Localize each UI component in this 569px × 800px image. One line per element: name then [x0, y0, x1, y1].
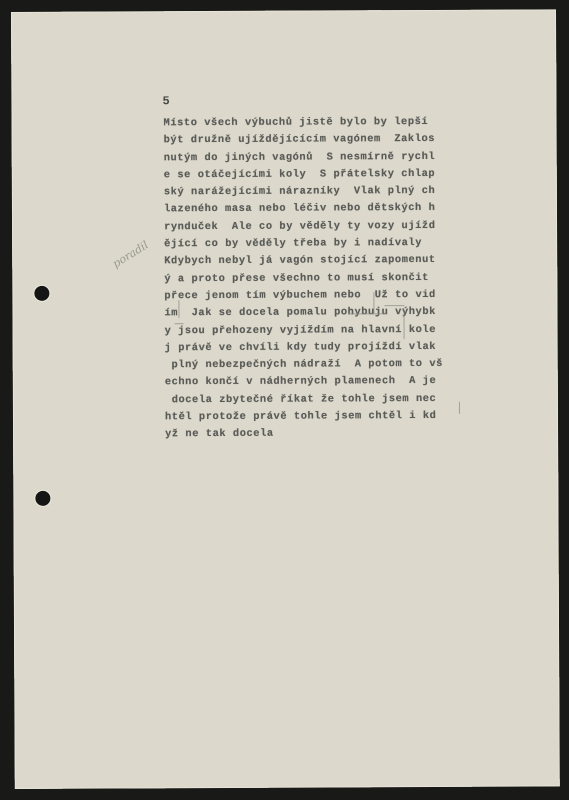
typewritten-page: 5 poradil Místo všech výbuchů jistě bylo…	[11, 9, 560, 789]
pencil-mark	[384, 305, 404, 306]
typed-text-body: Místo všech výbuchů jistě bylo by lepší …	[164, 114, 466, 444]
pencil-mark	[175, 323, 184, 324]
text-line: plný nebezpečných nádraží A potom to vš	[165, 356, 465, 375]
text-line: echno končí v nádherných plamenech A je	[165, 373, 465, 392]
text-line: nutým do jiných vagónů S nesmírně rychl	[164, 148, 464, 167]
pencil-mark	[459, 402, 460, 414]
pencil-mark	[373, 292, 374, 313]
handwritten-margin-note: poradil	[110, 238, 150, 270]
text-line: j právě ve chvíli kdy tudy projíždí vlak	[165, 339, 465, 358]
pencil-mark	[348, 313, 386, 314]
pencil-mark	[178, 300, 179, 318]
text-line: docela zbytečné říkat že tohle jsem nec	[165, 391, 465, 410]
punch-hole-top	[34, 286, 49, 301]
text-line: ějící co by věděly třeba by i nadívaly	[164, 235, 464, 254]
text-line: přece jenom tím výbuchem nebo Už to vid	[164, 287, 464, 306]
text-line: htěl protože právě tohle jsem chtěl i kd	[165, 408, 465, 427]
text-line: rynduček Ale co by věděly ty vozy ujížd	[164, 218, 464, 237]
text-line: y jsou přehozeny vyjíždím na hlavní kole	[165, 321, 465, 340]
text-line: Místo všech výbuchů jistě bylo by lepší	[164, 114, 464, 133]
text-line: Kdybych nebyl já vagón stojící zapomenut	[164, 252, 464, 271]
text-line: ý a proto přese všechno to musí skončit	[164, 269, 464, 288]
page-number: 5	[162, 94, 169, 108]
text-line: yž ne tak docela	[165, 425, 465, 444]
pencil-mark	[403, 313, 404, 339]
text-line: ský narážejícími nárazníky Vlak plný ch	[164, 183, 464, 202]
text-line: ím Jak se docela pomalu pohybuju výhybk	[164, 304, 464, 323]
text-line: e se otáčejícími koly S přátelsky chlap	[164, 166, 464, 185]
text-line: být družně ujíždějícícím vagónem Zaklos	[164, 131, 464, 150]
punch-hole-bottom	[35, 491, 50, 506]
text-line: lazeného masa nebo léčiv nebo dětských h	[164, 200, 464, 219]
